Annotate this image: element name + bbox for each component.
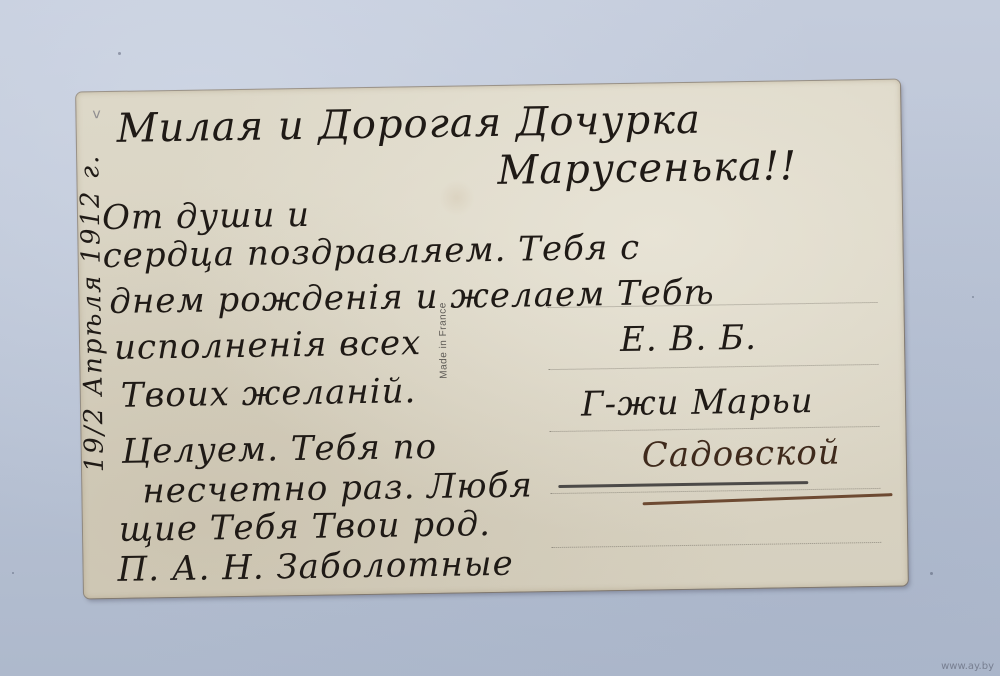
surface-speck [972,296,974,298]
surface-speck [930,572,933,575]
message-line-8: Целуем. Тебя по [121,427,437,472]
address-initials: Е. В. Б. [620,318,757,360]
address-recipient-surname: Садовской [642,433,841,476]
address-recipient-title: Г-жи Марьи [581,381,814,425]
message-line-7: Твоих желаній. [121,371,417,416]
underline-stroke-brown [643,493,893,505]
greeting-line-2: Марусенька!! [497,143,797,194]
message-line-4: сердца поздравляем. Тебя с [102,228,640,276]
address-dotted-line [550,488,880,494]
address-dotted-line [548,364,878,370]
message-line-5: днем рожденія и желаем Тебѣ [109,273,715,323]
postcard: v Made in France 19/2 Апрѣля 1912 г. Мил… [76,80,908,599]
message-line-10: щие Тебя Твои род. [119,504,492,550]
address-dotted-line [549,426,879,432]
surface-speck [118,52,121,55]
corner-tick-mark: v [92,106,101,122]
message-line-6: исполненія всех [114,323,422,368]
underline-stroke [558,481,808,488]
signature-line: П. А. Н. Заболотные [117,544,514,590]
watermark: www.ay.by [941,661,994,672]
surface-speck [12,572,14,574]
greeting-line-1: Милая и Дорогая Дочурка [116,97,701,152]
address-dotted-line [551,542,881,548]
message-line-3: От души и [102,195,311,238]
